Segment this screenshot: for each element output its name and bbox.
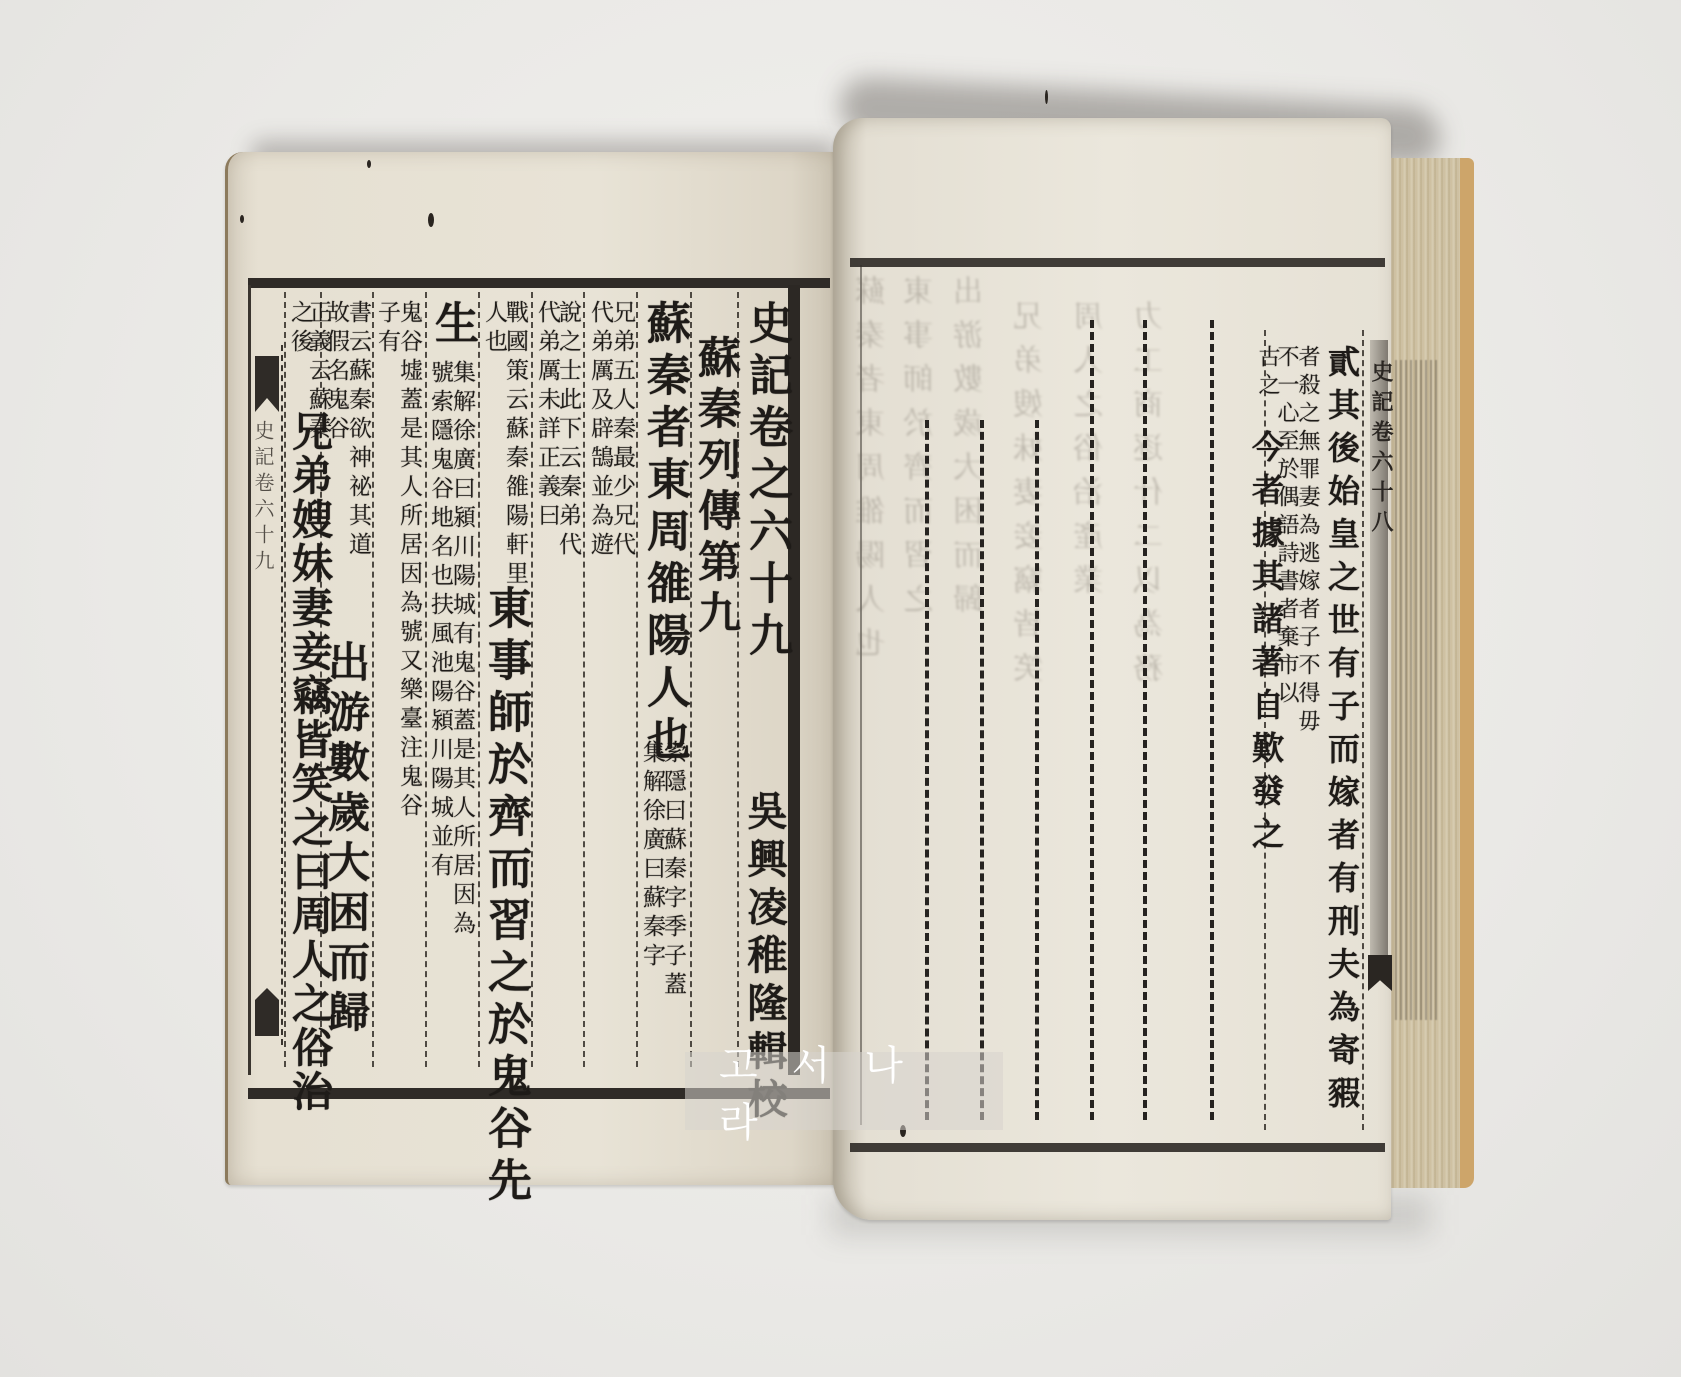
ink-speck bbox=[1045, 90, 1048, 104]
watermark: 고서나라 bbox=[685, 1052, 1003, 1130]
annotation-column: 人也 bbox=[482, 300, 505, 358]
text-column: 蘇秦者東周雒陽人也 bbox=[642, 300, 686, 768]
fore-edge-ink-marks bbox=[1395, 360, 1440, 1020]
column-rule bbox=[636, 292, 638, 1067]
text-column: 貳其後始皇之世有子而嫁者有刑夫為寄豭 bbox=[1326, 345, 1358, 1119]
annotation-column: 集解徐廣曰蘇秦字 bbox=[640, 740, 663, 972]
bleed-through-column: 兄弟嫂妹妻妾竊皆笑 bbox=[1010, 300, 1054, 696]
fold-label: 史記卷六十八 bbox=[1366, 360, 1397, 540]
annotation-column: 代弟厲及辟鵠並為遊 bbox=[588, 300, 611, 561]
left-page-frame-border bbox=[248, 285, 251, 1075]
annotation-column: 子有 bbox=[375, 300, 398, 358]
bleed-through-column: 出游數歲大困而歸 bbox=[950, 275, 994, 627]
column-rule bbox=[1143, 320, 1147, 1120]
column-rule bbox=[980, 420, 984, 1120]
bleed-through-column: 蘇秦者東周雒陽人也 bbox=[852, 275, 896, 671]
annotation-column: 代弟厲未詳正義曰 bbox=[535, 300, 558, 532]
text-column: 生 bbox=[430, 300, 474, 352]
column-rule bbox=[925, 420, 929, 1120]
column-rule bbox=[1210, 320, 1214, 1120]
annotation-column: 古之 bbox=[1256, 345, 1278, 401]
bleed-through-column: 力工商逐什二以為務 bbox=[1130, 300, 1174, 696]
chapter-title: 蘇秦列傳第九 bbox=[694, 335, 737, 641]
annotation-column: 兄弟五人秦最少兄代 bbox=[610, 300, 633, 561]
ink-speck bbox=[240, 215, 244, 223]
annotation-column: 集解徐廣曰潁川陽城有鬼谷蓋是其人所居因為 bbox=[450, 360, 473, 940]
bleed-through-column: 東事師於齊而習之 bbox=[900, 275, 944, 627]
column-rule bbox=[1362, 330, 1364, 1130]
text-column: 兄弟嫂妹妻妾竊皆笑之曰周人之俗治 bbox=[288, 410, 329, 1114]
volume-title: 史記卷之六十九 bbox=[744, 300, 788, 664]
text-column: 今者據其諸著自歎發之 bbox=[1250, 430, 1282, 860]
ink-speck bbox=[428, 213, 434, 227]
annotation-column: 者殺之無罪妻為逃嫁者子不得毋 bbox=[1296, 345, 1318, 737]
text-column: 東事師於齊而習之於鬼谷先 bbox=[483, 585, 527, 1209]
column-rule bbox=[583, 292, 585, 1067]
fold-label: 史記卷六十九 bbox=[256, 420, 278, 576]
annotation-column: 號索隱鬼谷地名也扶風池陽潁川陽城並有 bbox=[428, 360, 451, 882]
column-rule bbox=[1090, 320, 1094, 1120]
watermark-text: 고서나라 bbox=[685, 1034, 1003, 1148]
annotation-column: 鬼谷墟蓋是其人所居因為號又樂臺注鬼谷 bbox=[397, 300, 420, 822]
annotation-column: 之後 bbox=[288, 300, 311, 358]
column-rule bbox=[372, 292, 374, 1067]
column-rule bbox=[1035, 420, 1039, 1120]
annotation-column: 書云蘇秦欲神祕其道 bbox=[346, 300, 369, 561]
ink-speck bbox=[367, 160, 371, 168]
column-rule bbox=[531, 292, 533, 1067]
